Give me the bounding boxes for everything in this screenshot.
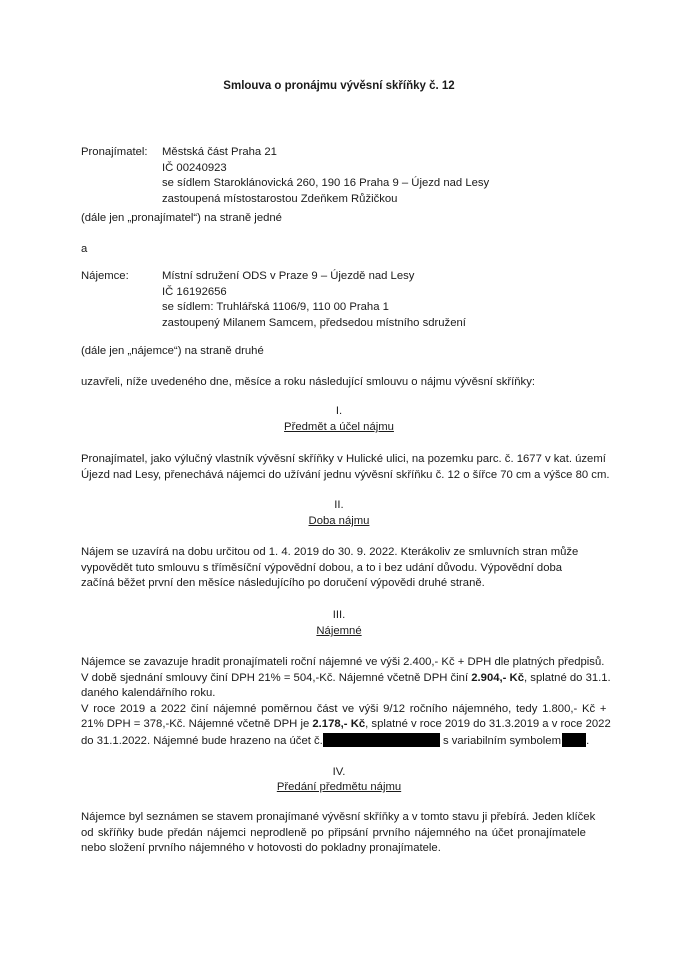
tenant-representative: zastoupený Milanem Samcem, předsedou mís… [162,316,466,332]
landlord-label: Pronajímatel: [81,145,148,161]
landlord-representative: zastoupená místostarostou Zdeňkem Růžičk… [162,192,489,208]
section-1-line: Pronajímatel, jako výlučný vlastník vývě… [81,452,599,468]
section-2-number: II. [0,499,678,511]
intro-text: uzavřeli, níže uvedeného dne, měsíce a r… [81,376,535,388]
landlord-id: IČ 00240923 [162,161,489,177]
section-1-number: I. [0,405,678,417]
landlord-address: se sídlem Staroklánovická 260, 190 16 Pr… [162,176,489,192]
redacted-variable-symbol [562,733,586,747]
section-3-line: daného kalendářního roku. [81,686,599,702]
section-4-heading: Předání předmětu nájmu [0,781,678,793]
tenant-address: se sídlem: Truhlářská 1106/9, 110 00 Pra… [162,300,466,316]
section-1-heading: Předmět a účel nájmu [0,421,678,433]
section-3-number: III. [0,609,678,621]
tenant-alias: (dále jen „nájemce“) na straně druhé [81,345,264,357]
landlord-name: Městská část Praha 21 [162,145,489,161]
landlord-alias: (dále jen „pronajímatel“) na straně jedn… [81,212,282,224]
section-3-body: Nájemce se zavazuje hradit pronajímateli… [81,655,599,749]
section-4-body: Nájemce byl seznámen se stavem pronajíma… [81,810,599,857]
section-3-line: V době sjednání smlouvy činí DPH 21% = 5… [81,671,599,687]
section-1-line: Újezd nad Lesy, přenechává nájemci do už… [81,468,599,484]
partial-rent-total: 2.178,- Kč [312,718,365,730]
section-1-body: Pronajímatel, jako výlučný vlastník vývě… [81,452,599,483]
annual-rent-total: 2.904,- Kč [471,672,524,684]
section-4-line: od skříňky bude předán nájemci neprodlen… [81,826,599,842]
tenant-label: Nájemce: [81,269,129,285]
section-2-line: vypovědět tuto smlouvu s tříměsíční výpo… [81,561,599,577]
redacted-account-number [323,733,440,747]
section-4-line: nebo složení prvního nájemného v hotovos… [81,841,599,857]
section-2-line: Nájem se uzavírá na dobu určitou od 1. 4… [81,545,599,561]
section-3-line: V roce 2019 a 2022 činí nájemné poměrnou… [81,702,599,718]
tenant-name: Místní sdružení ODS v Praze 9 – Újezdě n… [162,269,466,285]
document-title: Smlouva o pronájmu vývěsní skříňky č. 12 [0,80,678,92]
section-2-heading: Doba nájmu [0,515,678,527]
section-2-body: Nájem se uzavírá na dobu určitou od 1. 4… [81,545,599,592]
section-3-line: do 31.1.2022. Nájemné bude hrazeno na úč… [81,733,599,750]
document-page: Smlouva o pronájmu vývěsní skříňky č. 12… [0,0,678,960]
section-4-line: Nájemce byl seznámen se stavem pronajíma… [81,810,599,826]
section-4-number: IV. [0,766,678,778]
section-3-line: Nájemce se zavazuje hradit pronajímateli… [81,655,599,671]
conjunction: a [81,243,87,255]
section-3-heading: Nájemné [0,625,678,637]
section-3-line: 21% DPH = 378,-Kč. Nájemné včetně DPH je… [81,717,599,733]
tenant-id: IČ 16192656 [162,285,466,301]
section-2-line: začíná běžet první den měsíce následujíc… [81,576,599,592]
